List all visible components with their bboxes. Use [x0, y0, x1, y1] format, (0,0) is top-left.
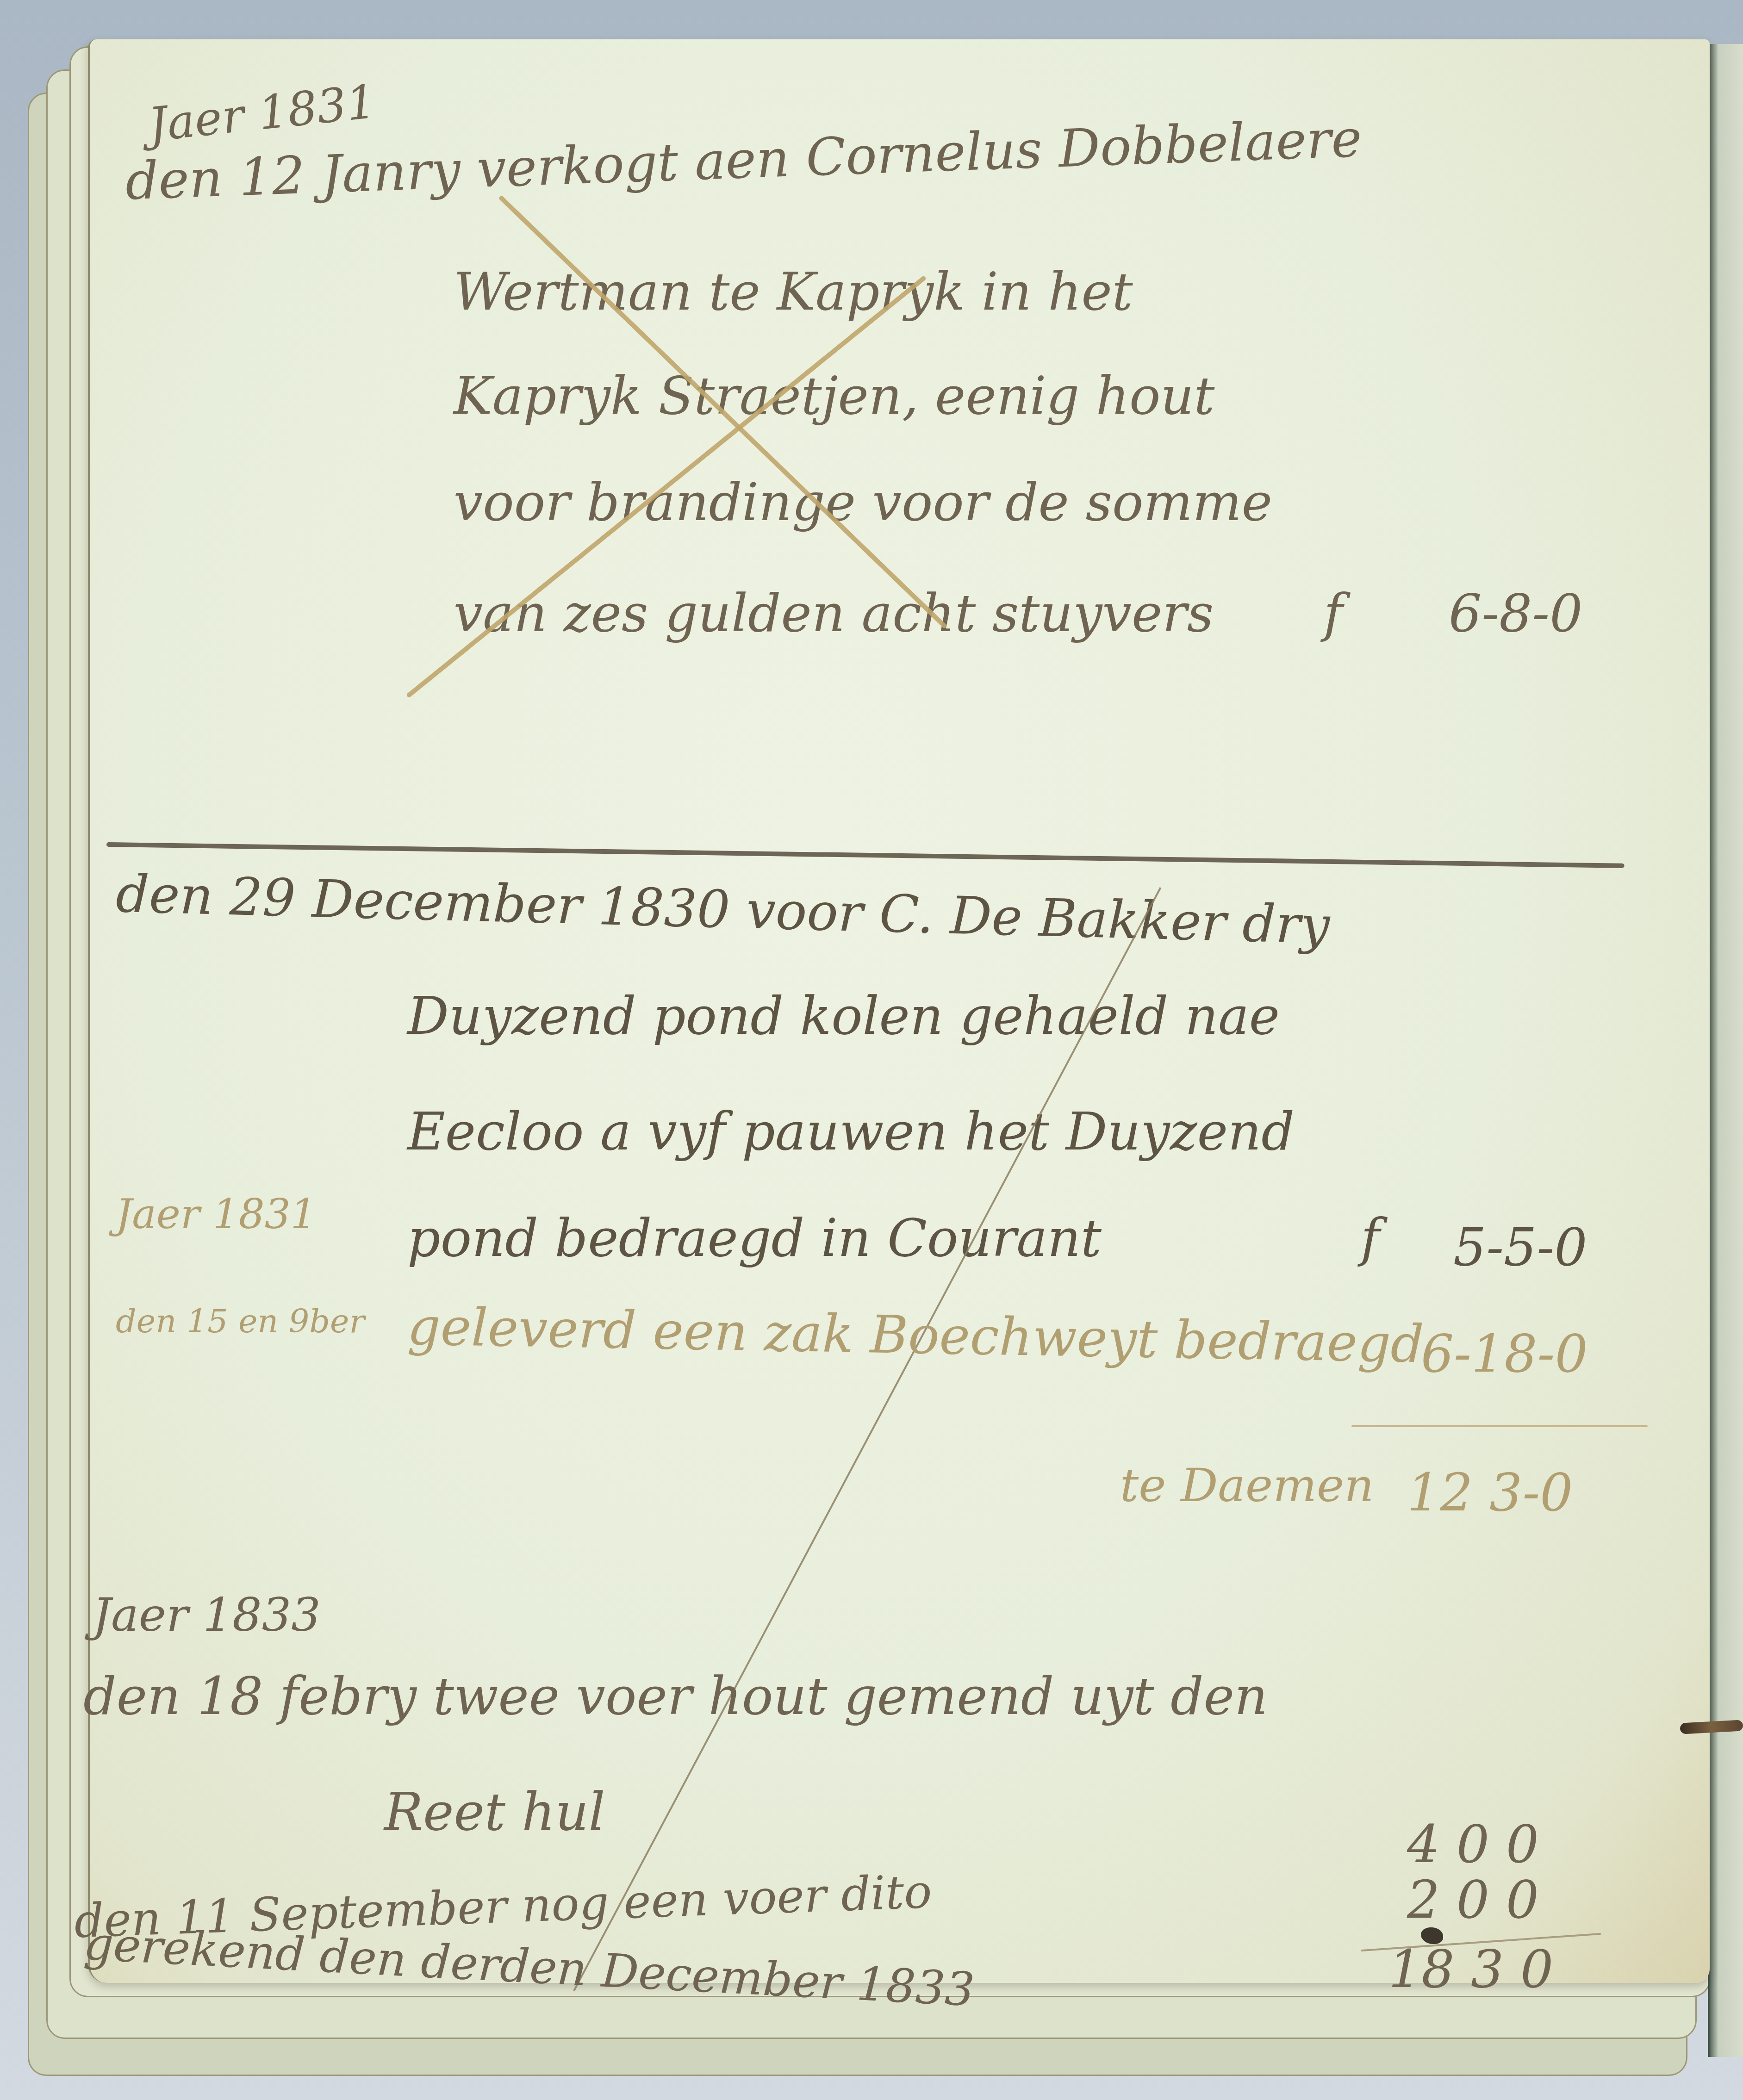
entry-1833-line-2: Reet hul	[384, 1786, 605, 1838]
entry-1831-currency: f	[1324, 588, 1343, 640]
margin-year-1831: Jaer 1831	[116, 1194, 317, 1235]
subtotal-amount: 12 3-0	[1407, 1467, 1573, 1519]
entry-1830-amount: 5-5-0	[1453, 1222, 1587, 1274]
entry-1831-line-5: van zes gulden acht stuyvers	[454, 588, 1214, 640]
entry-1831-line-3: Kapryk Straetjen, eenig hout	[454, 370, 1215, 422]
entry-1830-currency: f	[1361, 1212, 1380, 1264]
entry-1833-amount: 4 0 0	[1407, 1819, 1539, 1870]
entry-1830-line-3: Eecloo a vyf pauwen het Duyzend	[407, 1106, 1295, 1158]
subtotal-rule	[1351, 1425, 1648, 1427]
entry-1831-amount: 6-8-0	[1449, 588, 1582, 640]
entry-september-amount: 2 0 0	[1407, 1874, 1539, 1926]
entry-1830-line-2: Duyzend pond kolen gehaeld nae	[407, 990, 1280, 1042]
margin-date: den 15 en 9ber	[116, 1305, 365, 1337]
entry-1831-line-4: voor brandinge voor de somme	[454, 477, 1272, 528]
entry-1831-line-2: Wertman te Kapryk in het	[454, 266, 1133, 318]
subtotal-label: te Daemen	[1120, 1462, 1374, 1509]
book-spine	[1708, 44, 1743, 2057]
entry-buckwheat-amount: 6-18-0	[1421, 1328, 1588, 1380]
entry-1830-line-4: pond bedraegd in Courant	[407, 1212, 1102, 1264]
entry-1833-line-1: den 18 febry twee voer hout gemend uyt d…	[83, 1671, 1268, 1722]
year-heading-1833: Jaer 1833	[93, 1592, 321, 1638]
settlement-total: 18 3 0	[1388, 1944, 1553, 1995]
